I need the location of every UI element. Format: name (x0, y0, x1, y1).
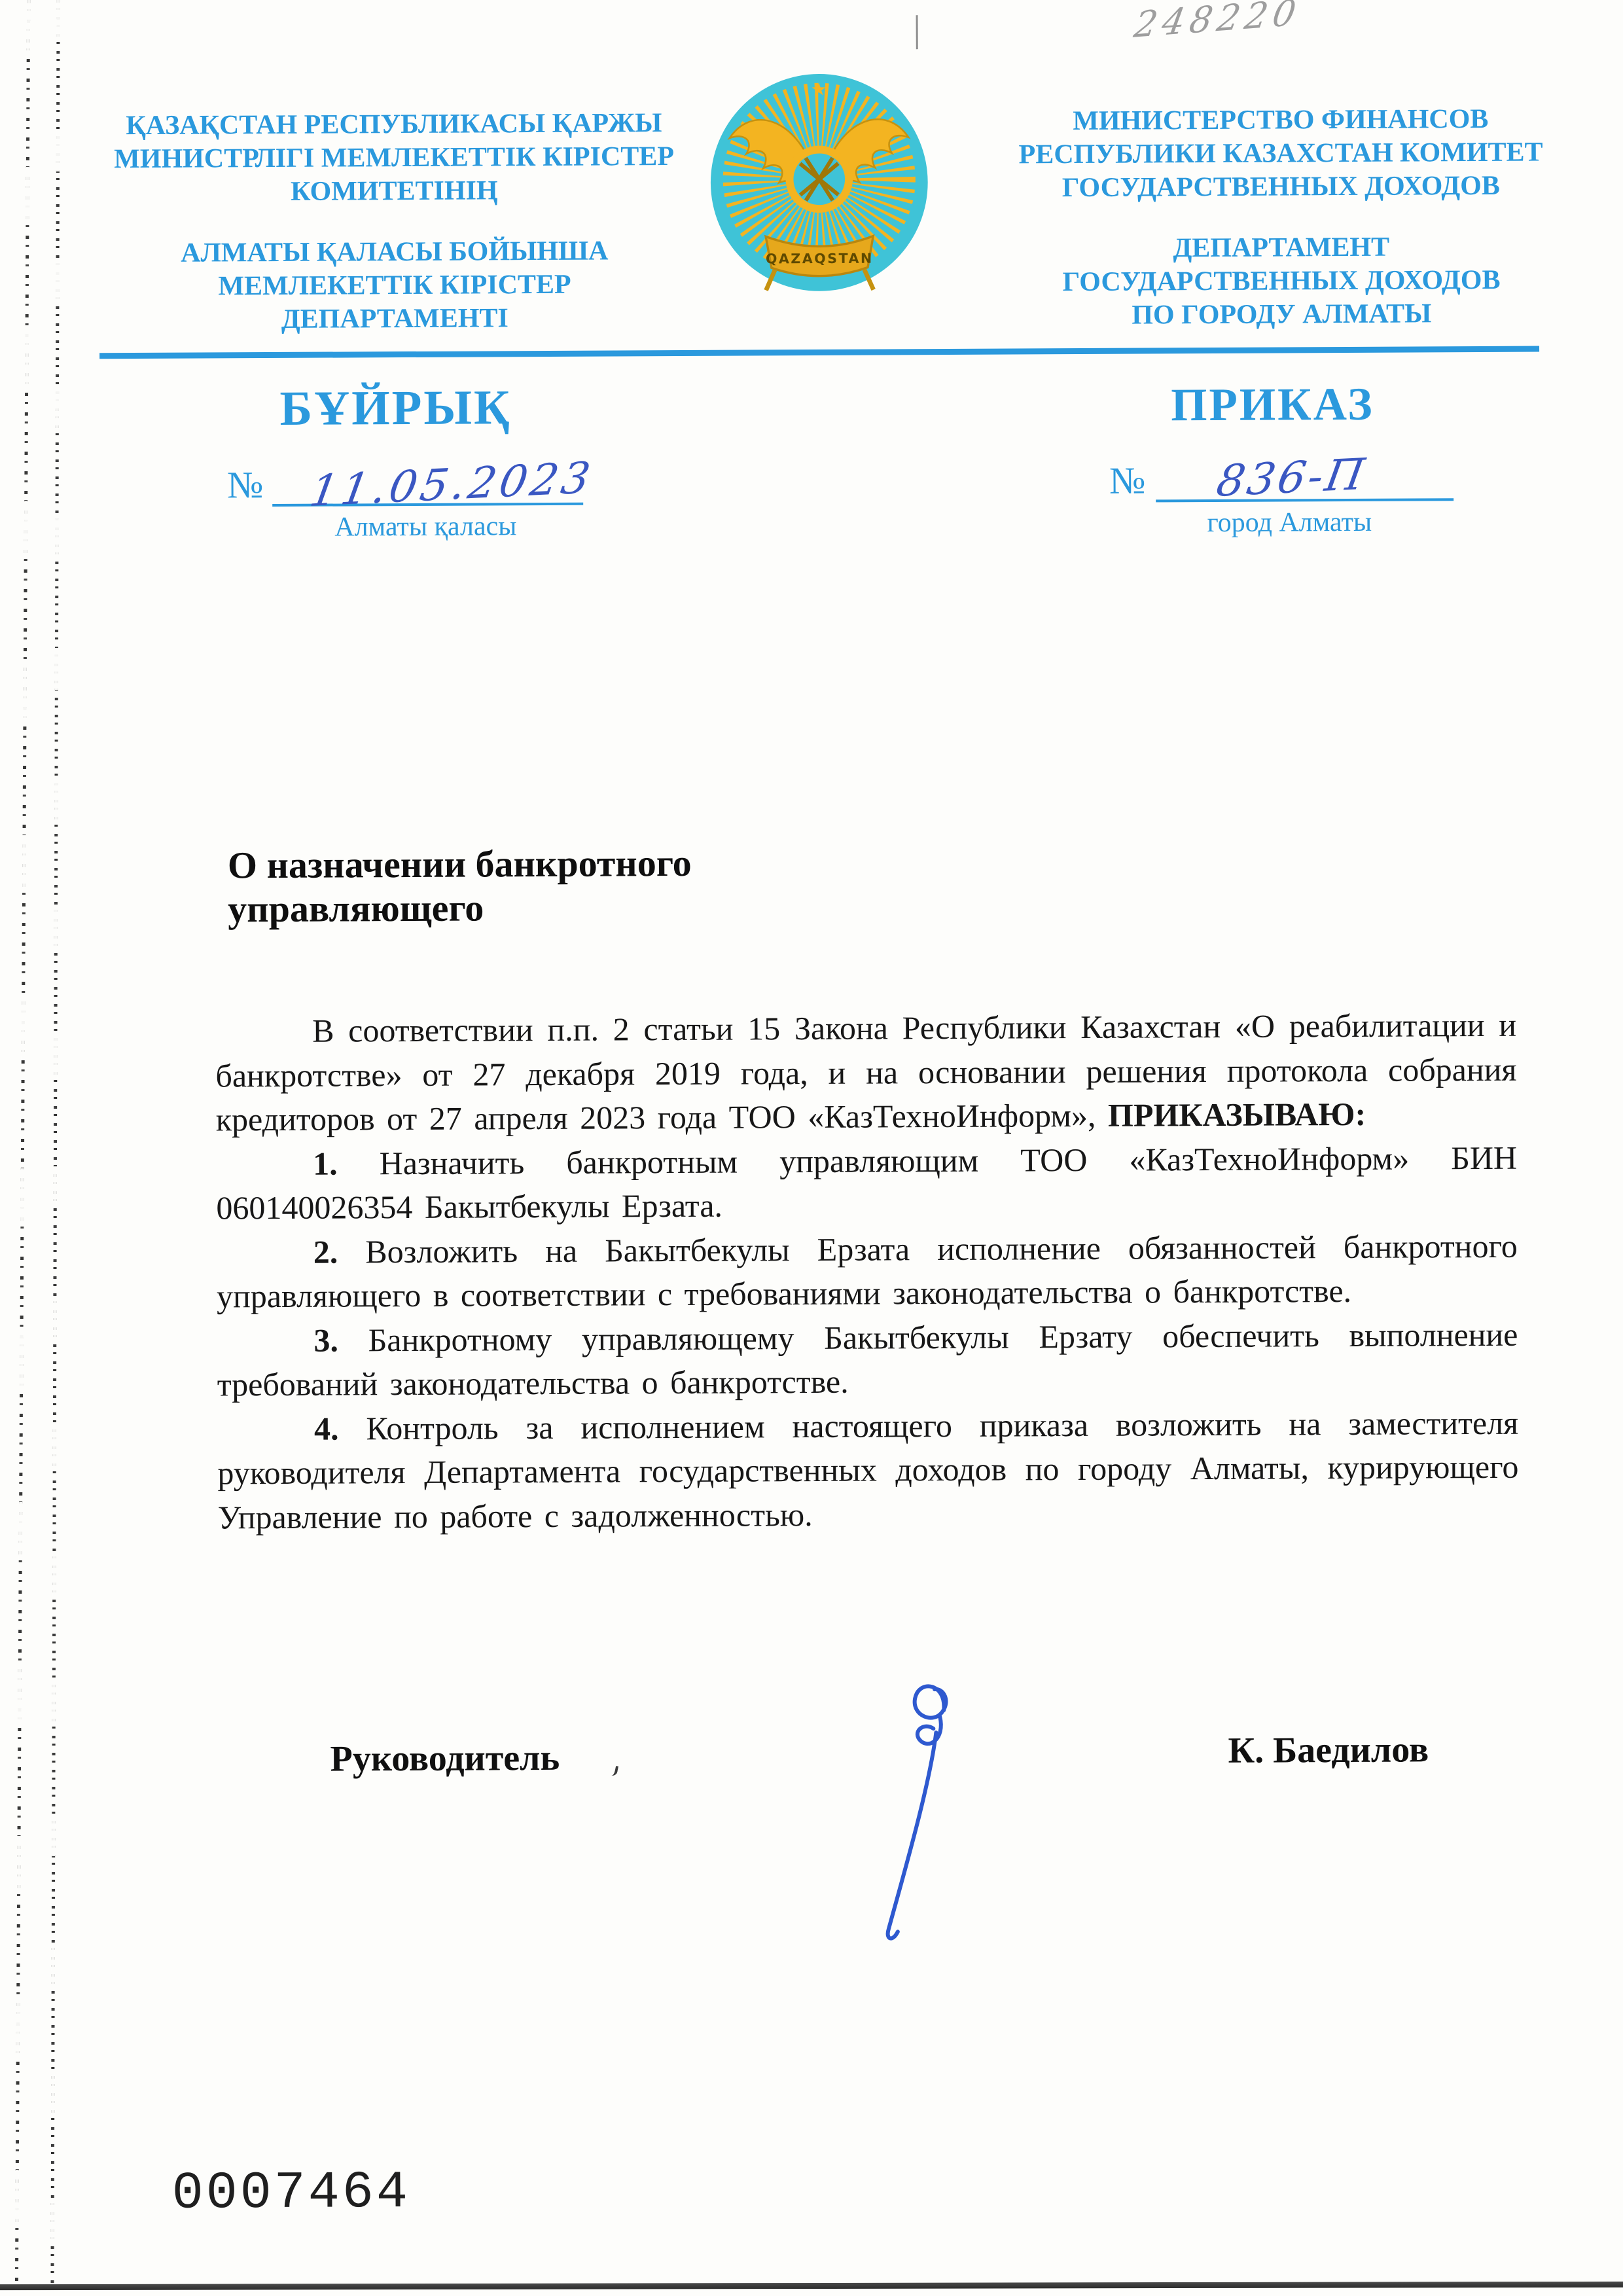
signature-scribble (853, 1670, 1005, 1952)
item-text: Банкротному управляющему Бакытбекулы Ерз… (217, 1316, 1518, 1403)
item-number: 4. (314, 1410, 339, 1446)
intro-decree-word: ПРИКАЗЫВАЮ: (1108, 1096, 1366, 1134)
numero-sign: № (227, 463, 264, 506)
order-item-1: 1. Назначить банкротным управляющим ТОО … (216, 1136, 1518, 1230)
item-text: Возложить на Бакытбекулы Ерзата исполнен… (217, 1227, 1518, 1314)
order-title-kazakh: БҰЙРЫҚ (189, 380, 601, 438)
pencil-annotation: 248220 (1131, 0, 1304, 46)
letterhead-gap (1005, 202, 1558, 232)
order-item-4: 4. Контроль за исполнением настоящего пр… (217, 1401, 1519, 1539)
order-item-2: 2. Возложить на Бакытбекулы Ерзата испол… (217, 1224, 1518, 1319)
sheet-content: 248220 ҚАЗАҚСТАН РЕСПУБЛИКАСЫ ҚАРЖЫ МИНИ… (0, 0, 1623, 2296)
order-number-row-kazakh: №11.05.2023 (227, 461, 584, 507)
item-text: Назначить банкротным управляющим ТОО «Ка… (216, 1139, 1517, 1226)
header-divider-line (99, 346, 1539, 359)
scan-stray-mark (609, 1765, 618, 1777)
item-number: 2. (313, 1233, 338, 1270)
intro-paragraph: В соответствии п.п. 2 статьи 15 Закона Р… (215, 1003, 1517, 1142)
signatory-name: К. Баедилов (1228, 1729, 1429, 1771)
letterhead-ru-line: ПО ГОРОДУ АЛМАТЫ (1005, 296, 1558, 332)
letterhead-kk-line: МЕМЛЕКЕТТІК КІРІСТЕР ДЕПАРТАМЕНТІ (108, 268, 681, 337)
scanned-order-page: 248220 ҚАЗАҚСТАН РЕСПУБЛИКАСЫ ҚАРЖЫ МИНИ… (0, 0, 1623, 2296)
place-name-kazakh: Алматы қаласы (255, 511, 596, 544)
letterhead-kk-line: МИНИСТРЛІГІ МЕМЛЕКЕТТІК КІРІСТЕР (107, 140, 680, 176)
handwritten-date: 11.05.2023 (306, 452, 597, 516)
letterhead-kk-line: ҚАЗАҚСТАН РЕСПУБЛИКАСЫ ҚАРЖЫ (107, 107, 680, 143)
kazakhstan-emblem-icon: ★ QAZAQSTAN (707, 70, 932, 295)
letterhead-ru-line: ГОСУДАРСТВЕННЫХ ДОХОДОВ (1005, 263, 1558, 299)
place-name-russian: город Алматы (1139, 506, 1440, 539)
letterhead-kk-line: АЛМАТЫ ҚАЛАСЫ БОЙЫНША (108, 234, 681, 270)
subject-line-2: управляющего (228, 885, 692, 931)
emblem-banner-text: QAZAQSTAN (766, 251, 874, 267)
item-text: Контроль за исполнением настоящего прика… (217, 1404, 1518, 1535)
order-title-russian: ПРИКАЗ (1082, 378, 1462, 433)
number-blank-line: 11.05.2023 (272, 463, 583, 507)
order-body-text: В соответствии п.п. 2 статьи 15 Закона Р… (215, 1003, 1519, 1540)
subject-line-1: О назначении банкротного (228, 841, 692, 887)
letterhead-ru-line: ГОСУДАРСТВЕННЫХ ДОХОДОВ (1005, 169, 1558, 205)
signatory-role: Руководитель (330, 1737, 560, 1780)
number-blank-line: 836-П (1156, 459, 1454, 502)
stamp-number: 0007464 (172, 2163, 411, 2224)
letterhead-kazakh: ҚАЗАҚСТАН РЕСПУБЛИКАСЫ ҚАРЖЫ МИНИСТРЛІГІ… (107, 107, 681, 337)
document-subject: О назначении банкротного управляющего (228, 841, 692, 931)
order-number-row-russian: №836-П (1109, 457, 1454, 503)
letterhead-kk-line: КОМИТЕТІНІҢ (108, 173, 681, 209)
letterhead-russian: МИНИСТЕРСТВО ФИНАНСОВ РЕСПУБЛИКИ КАЗАХСТ… (1004, 102, 1558, 332)
signature-ink (887, 1686, 947, 1938)
numero-sign: № (1109, 459, 1146, 501)
handwritten-order-number: 836-П (1213, 449, 1370, 507)
scan-top-tick-mark (916, 15, 918, 49)
letterhead-ru-line: МИНИСТЕРСТВО ФИНАНСОВ (1004, 102, 1557, 138)
letterhead-ru-line: РЕСПУБЛИКИ КАЗАХСТАН КОМИТЕТ (1004, 135, 1557, 171)
item-number: 1. (313, 1145, 338, 1181)
letterhead-gap (108, 207, 681, 237)
item-number: 3. (313, 1321, 338, 1358)
letterhead-ru-line: ДЕПАРТАМЕНТ (1005, 230, 1558, 266)
order-item-3: 3. Банкротному управляющему Бакытбекулы … (217, 1312, 1518, 1407)
emblem-star-icon: ★ (811, 79, 827, 99)
